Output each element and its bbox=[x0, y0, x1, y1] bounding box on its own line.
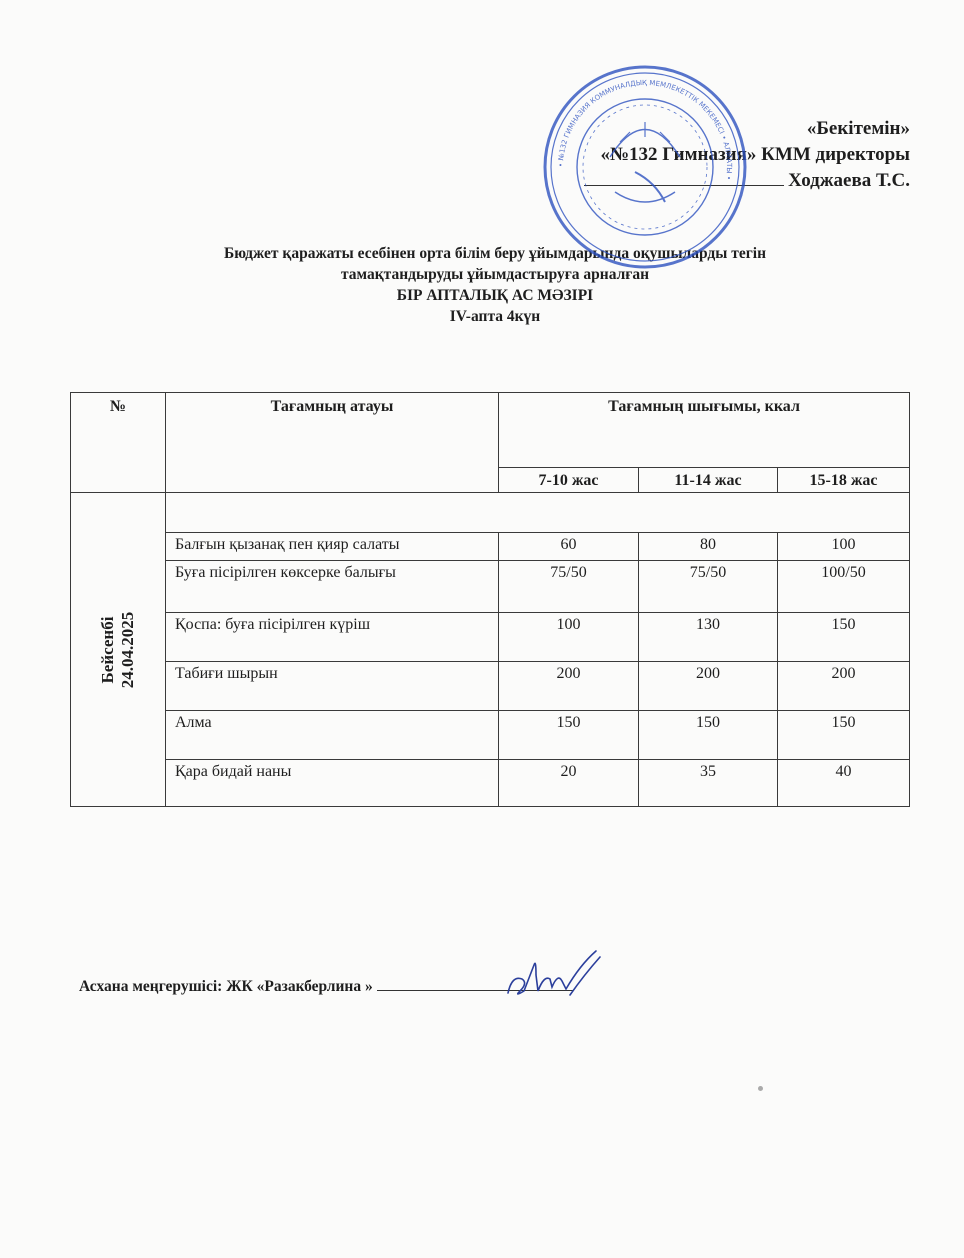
menu-table: № Тағамның атауы Тағамның шығымы, ккал 7… bbox=[70, 392, 910, 807]
day-label: Бейсенбі 24.04.2025 bbox=[98, 611, 138, 688]
approval-position: «№132 Гимназия» КММ директоры bbox=[584, 142, 910, 168]
table-row: Алма 150 150 150 bbox=[71, 711, 910, 760]
title-line-3: БІР АПТАЛЫҚ АС МӘЗІРІ bbox=[0, 285, 964, 306]
dish-name: Буға пісірілген көксерке балығы bbox=[166, 561, 499, 613]
value-7-10: 60 bbox=[499, 533, 639, 561]
value-15-18: 150 bbox=[778, 711, 910, 760]
value-7-10: 150 bbox=[499, 711, 639, 760]
approval-signatory: Ходжаева Т.С. bbox=[584, 168, 910, 194]
title-line-1: Бюджет қаражаты есебінен орта білім беру… bbox=[0, 243, 964, 264]
signature-line bbox=[377, 978, 573, 991]
dish-name: Балғын қызанақ пен қияр салаты bbox=[166, 533, 499, 561]
value-11-14: 75/50 bbox=[639, 561, 778, 613]
table-row: Буға пісірілген көксерке балығы 75/50 75… bbox=[71, 561, 910, 613]
table-row: Балғын қызанақ пен қияр салаты 60 80 100 bbox=[71, 533, 910, 561]
handwritten-signature-icon bbox=[500, 945, 610, 1005]
value-15-18: 200 bbox=[778, 662, 910, 711]
day-weekday: Бейсенбі bbox=[98, 611, 118, 688]
value-15-18: 150 bbox=[778, 613, 910, 662]
value-11-14: 35 bbox=[639, 760, 778, 807]
value-7-10: 100 bbox=[499, 613, 639, 662]
empty-row bbox=[166, 493, 910, 533]
header-age-15-18: 15-18 жас bbox=[778, 468, 910, 493]
table-row: Табиғи шырын 200 200 200 bbox=[71, 662, 910, 711]
title-line-2: тамақтандыруды ұйымдастыруға арналған bbox=[0, 264, 964, 285]
value-15-18: 40 bbox=[778, 760, 910, 807]
value-7-10: 20 bbox=[499, 760, 639, 807]
table-row: Қара бидай наны 20 35 40 bbox=[71, 760, 910, 807]
value-15-18: 100/50 bbox=[778, 561, 910, 613]
header-age-11-14: 11-14 жас bbox=[639, 468, 778, 493]
value-7-10: 75/50 bbox=[499, 561, 639, 613]
director-name: Ходжаева Т.С. bbox=[788, 170, 910, 191]
table-row: Қоспа: буға пісірілген күріш 100 130 150 bbox=[71, 613, 910, 662]
title-line-4: IV-апта 4күн bbox=[0, 306, 964, 327]
day-cell: Бейсенбі 24.04.2025 bbox=[71, 493, 166, 807]
header-dish-name: Тағамның атауы bbox=[166, 393, 499, 493]
scan-speck bbox=[758, 1086, 763, 1091]
value-7-10: 200 bbox=[499, 662, 639, 711]
value-15-18: 100 bbox=[778, 533, 910, 561]
director-signature-line bbox=[584, 171, 784, 186]
dish-name: Қоспа: буға пісірілген күріш bbox=[166, 613, 499, 662]
document-title: Бюджет қаражаты есебінен орта білім беру… bbox=[0, 243, 964, 327]
value-11-14: 130 bbox=[639, 613, 778, 662]
canteen-manager-label: Асхана меңгерушісі: ЖК «Разакберлина » bbox=[79, 978, 373, 995]
approval-block: «Бекітемін» «№132 Гимназия» КММ директор… bbox=[584, 116, 910, 194]
day-date: 24.04.2025 bbox=[118, 611, 138, 688]
approval-heading: «Бекітемін» bbox=[584, 116, 910, 142]
value-11-14: 200 bbox=[639, 662, 778, 711]
dish-name: Табиғи шырын bbox=[166, 662, 499, 711]
header-age-7-10: 7-10 жас bbox=[499, 468, 639, 493]
canteen-manager-signature-block: Асхана меңгерушісі: ЖК «Разакберлина » bbox=[79, 978, 573, 996]
dish-name: Алма bbox=[166, 711, 499, 760]
header-number: № bbox=[71, 393, 166, 493]
dish-name: Қара бидай наны bbox=[166, 760, 499, 807]
header-yield: Тағамның шығымы, ккал bbox=[499, 393, 910, 468]
value-11-14: 150 bbox=[639, 711, 778, 760]
value-11-14: 80 bbox=[639, 533, 778, 561]
